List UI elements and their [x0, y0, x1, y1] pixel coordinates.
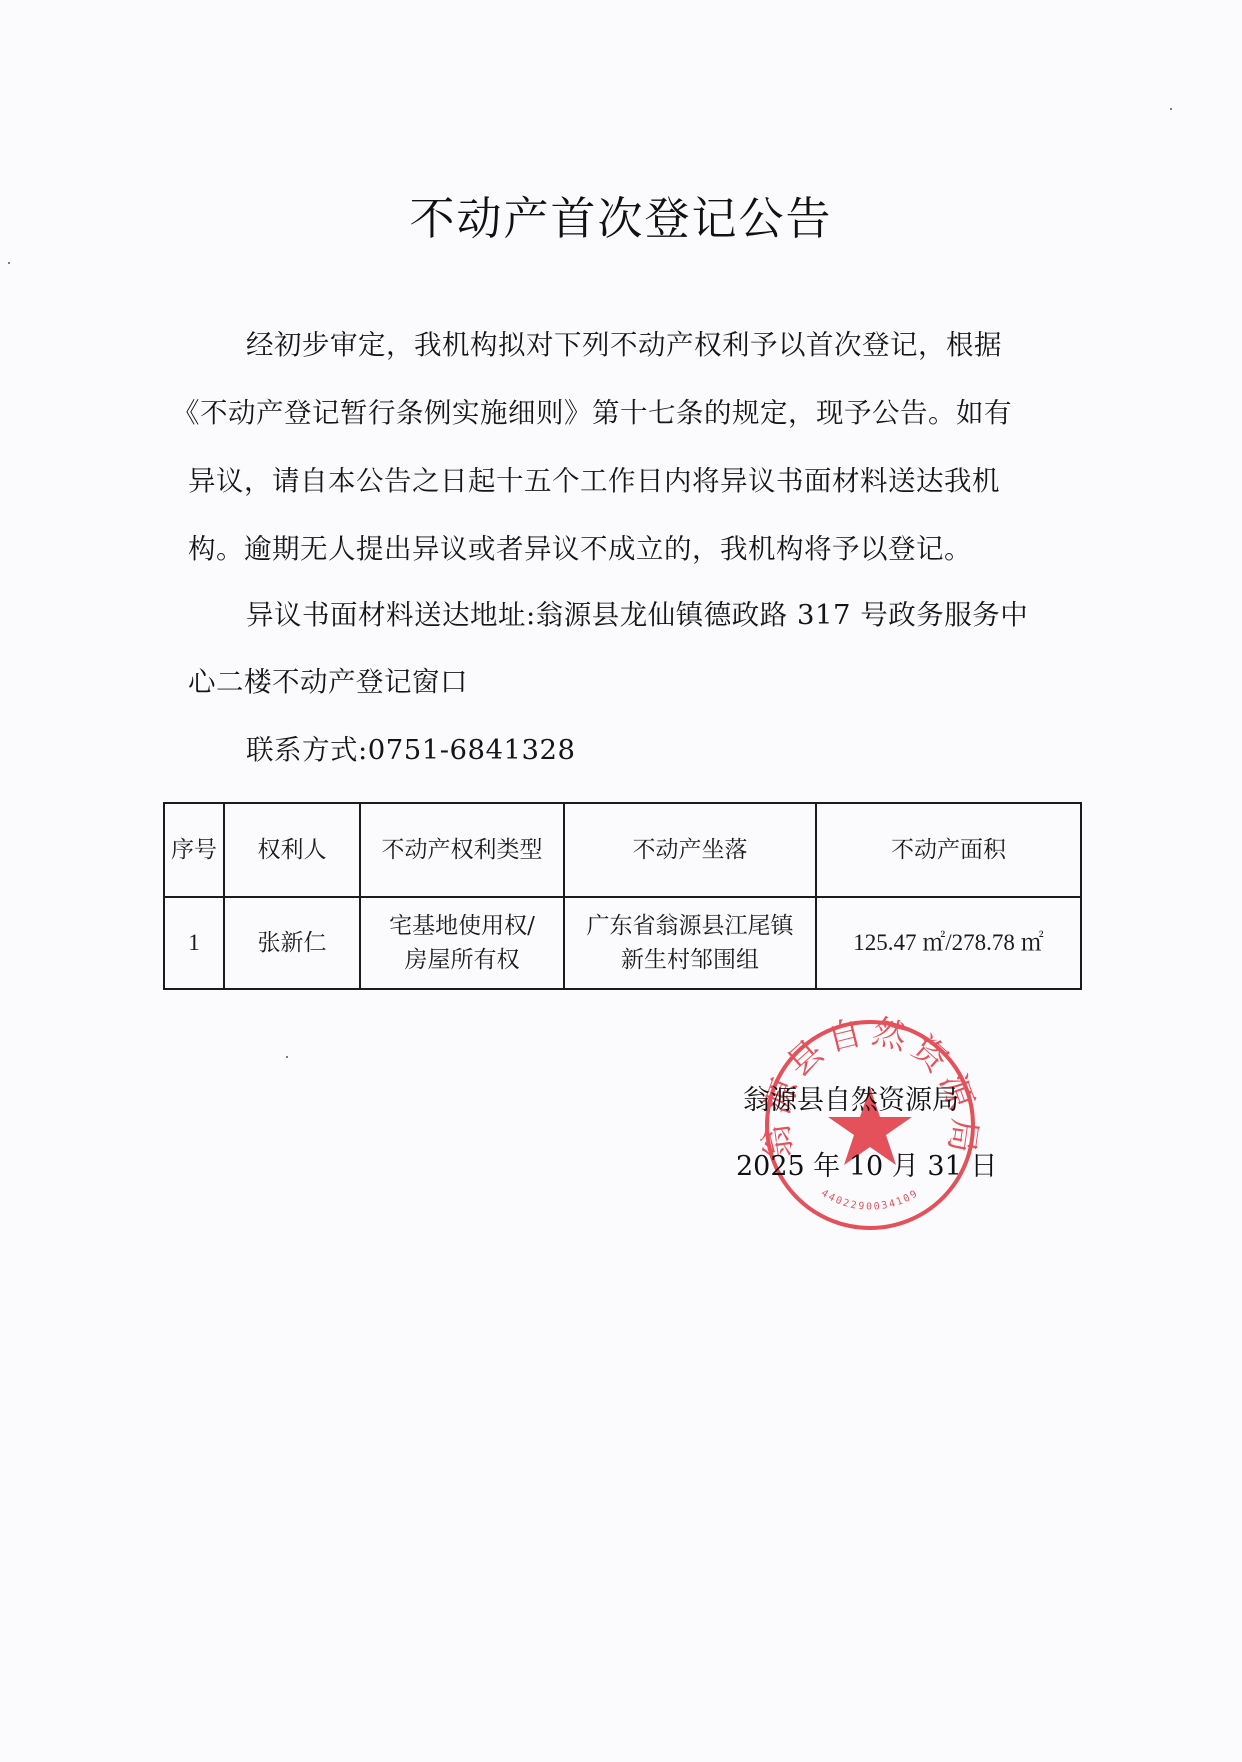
address-line-2: 心二楼不动产登记窗口	[188, 659, 468, 699]
cell-right-type: 宅基地使用权/ 房屋所有权	[360, 897, 564, 989]
paragraph-1-line-4: 构。逾期无人提出异议或者异议不成立的，我机构将予以登记。	[188, 526, 972, 566]
cell-area: 125.47 ㎡/278.78 ㎡	[816, 897, 1081, 989]
right-type-line-1: 宅基地使用权/	[365, 909, 559, 943]
page-title: 不动产首次登记公告	[0, 182, 1242, 247]
scan-speck	[1170, 108, 1172, 110]
header-right-type: 不动产权利类型	[360, 803, 564, 897]
table-row: 1 张新仁 宅基地使用权/ 房屋所有权 广东省翁源县江尾镇 新生村邹围组 125…	[164, 897, 1081, 989]
notice-page: 不动产首次登记公告 经初步审定，我机构拟对下列不动产权利予以首次登记，根据 《不…	[0, 0, 1242, 1762]
header-location: 不动产坐落	[564, 803, 816, 897]
header-area: 不动产面积	[816, 803, 1081, 897]
paragraph-1-line-1: 经初步审定，我机构拟对下列不动产权利予以首次登记，根据	[246, 322, 1002, 362]
right-type-line-2: 房屋所有权	[365, 943, 559, 977]
cell-location: 广东省翁源县江尾镇 新生村邹围组	[564, 897, 816, 989]
header-index: 序号	[164, 803, 224, 897]
header-owner: 权利人	[224, 803, 360, 897]
seal-code: 4402290034109	[819, 1188, 921, 1213]
issuing-organization: 翁源县自然资源局	[743, 1078, 959, 1117]
address-line-1: 异议书面材料送达地址:翁源县龙仙镇德政路 317 号政务服务中	[246, 592, 1028, 632]
registration-table: 序号 权利人 不动产权利类型 不动产坐落 不动产面积 1 张新仁 宅基地使用权/…	[163, 802, 1082, 990]
location-line-1: 广东省翁源县江尾镇	[569, 909, 811, 943]
paragraph-1-line-3: 异议，请自本公告之日起十五个工作日内将异议书面材料送达我机	[188, 458, 1000, 498]
paragraph-1-line-2: 《不动产登记暂行条例实施细则》第十七条的规定，现予公告。如有	[172, 390, 1012, 430]
cell-index: 1	[164, 897, 224, 989]
cell-owner: 张新仁	[224, 897, 360, 989]
contact-line: 联系方式:0751-6841328	[246, 727, 576, 767]
official-seal: 翁源县自然资源局 4402290034109	[760, 1015, 980, 1235]
scan-speck	[286, 1056, 288, 1058]
table-header-row: 序号 权利人 不动产权利类型 不动产坐落 不动产面积	[164, 803, 1081, 897]
location-line-2: 新生村邹围组	[569, 943, 811, 977]
issue-date: 2025 年 10 月 31 日	[736, 1144, 997, 1183]
scan-speck	[8, 262, 10, 264]
